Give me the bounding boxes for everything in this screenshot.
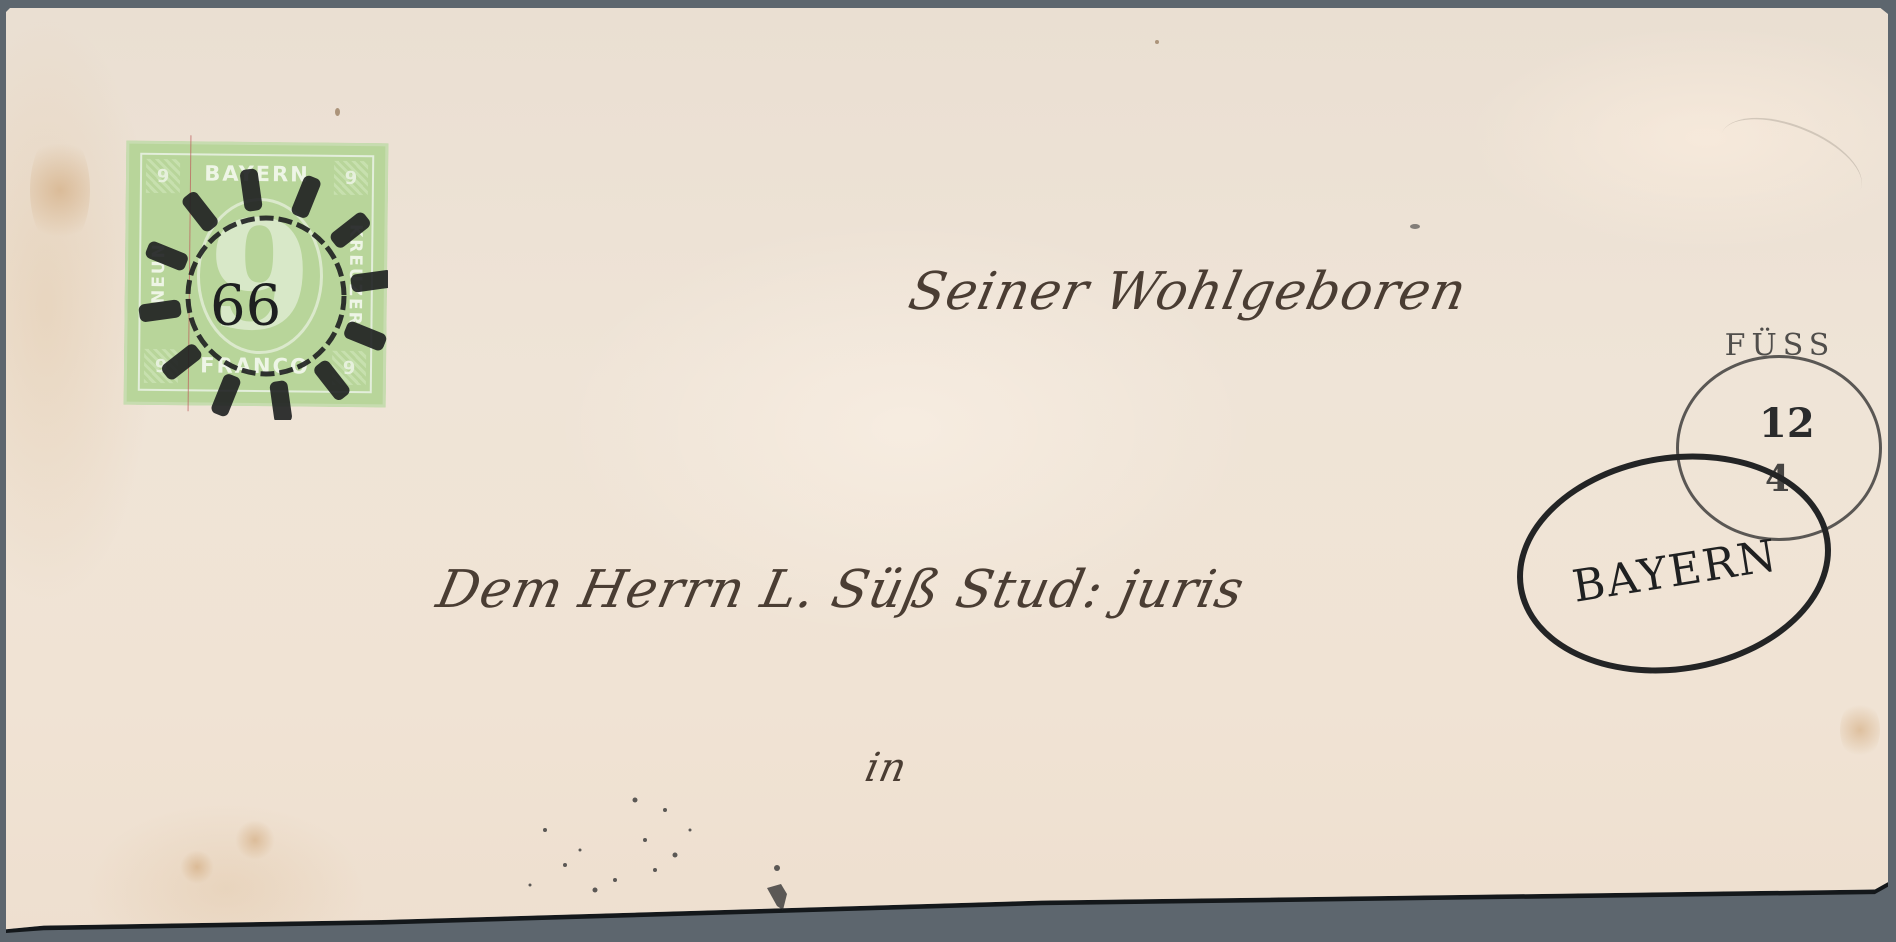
foxing-spot (30, 130, 90, 250)
date-stamp-day: 12 (1759, 400, 1815, 447)
paper-speck (1410, 224, 1420, 229)
paper-speck (335, 108, 340, 116)
ink-offset-marks (505, 770, 805, 910)
foxing-spot (235, 820, 275, 860)
foxing-spot (180, 850, 214, 884)
handwritten-addressee: Dem Herrn L. Süß Stud: juris (432, 560, 1250, 620)
oval-stamp-text: BAYERN (1569, 530, 1782, 613)
paper-speck (1155, 40, 1159, 44)
date-stamp-town: FÜSS (1685, 328, 1875, 363)
handwritten-salutation: Seiner Wohlgeboren (904, 262, 1473, 322)
cancel-number: 99 (210, 270, 281, 335)
foxing-spot (1840, 700, 1880, 760)
